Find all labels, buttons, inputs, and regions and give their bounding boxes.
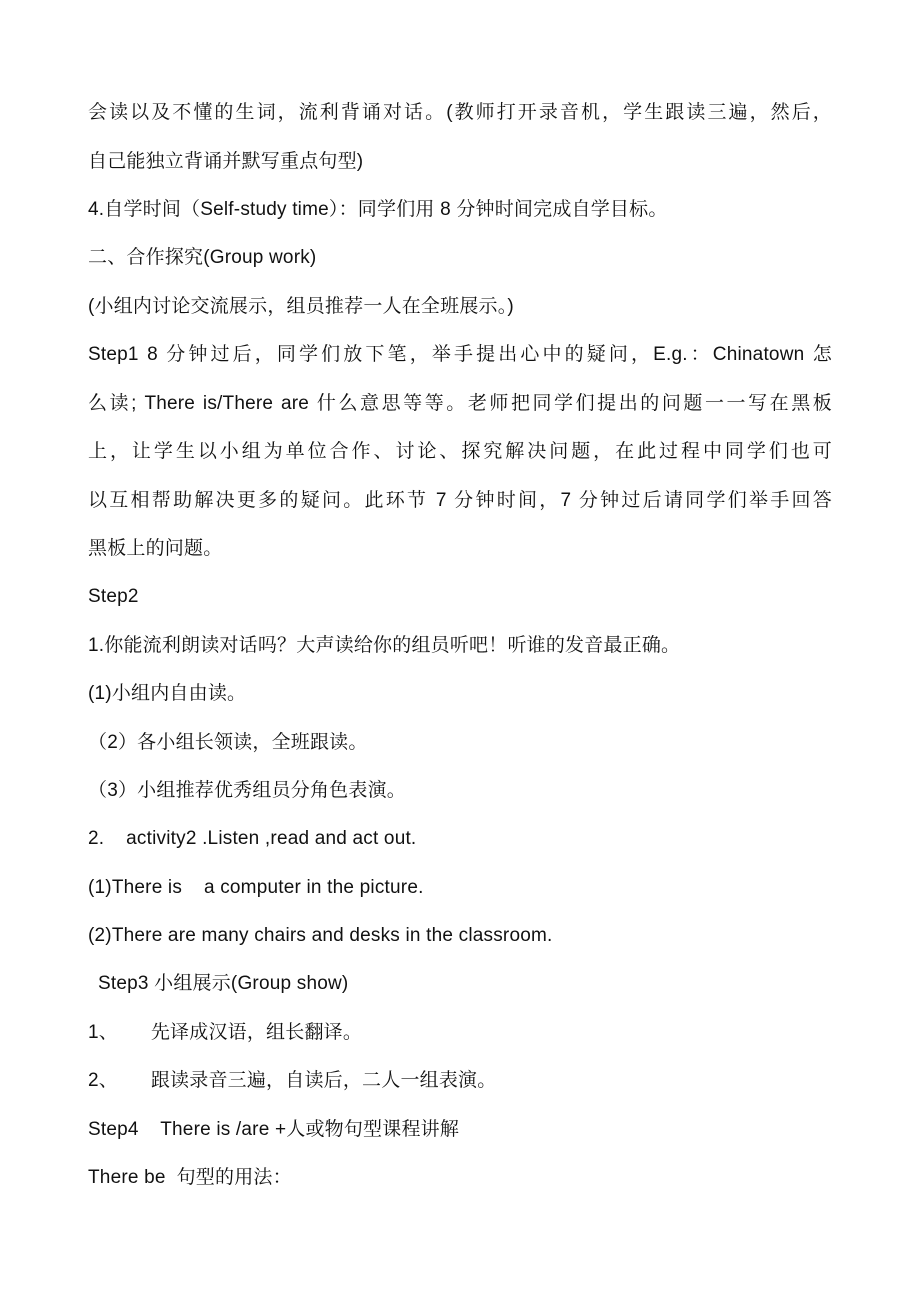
paragraph-line-1: 会读以及不懂的生词，流利背诵对话。(教师打开录音机，学生跟读三遍，然后， — [88, 101, 832, 125]
self-study-time-item: 4.自学时间（Self-study time）：同学们用 8 分钟时间完成自学目… — [88, 198, 668, 222]
step1-line-1: Step1 8 分钟过后，同学们放下笔，举手提出心中的疑问，E.g.：China… — [88, 343, 832, 367]
step2-item-2: 2. activity2 .Listen ,read and act out. — [88, 827, 416, 851]
example-sentence-1: (1)There is a computer in the picture. — [88, 876, 424, 900]
document-page: 会读以及不懂的生词，流利背诵对话。(教师打开录音机，学生跟读三遍，然后， 自己能… — [0, 0, 920, 1302]
step2-subitem-3: （3）小组推荐优秀组员分角色表演。 — [88, 779, 406, 803]
step4-heading: Step4 There is /are +人或物句型课程讲解 — [88, 1118, 459, 1142]
step1-line-5: 黑板上的问题。 — [88, 537, 222, 561]
step2-subitem-1: (1)小组内自由读。 — [88, 682, 246, 706]
step1-line-2: 么读; There is/There are 什么意思等等。老师把同学们提出的问… — [88, 392, 832, 416]
step2-subitem-2: （2）各小组长领读，全班跟读。 — [88, 731, 368, 755]
step2-heading: Step2 — [88, 585, 139, 609]
example-sentence-2: (2)There are many chairs and desks in th… — [88, 924, 552, 948]
paragraph-line-2: 自己能独立背诵并默写重点句型) — [88, 150, 363, 174]
step3-item-2: 2、 跟读录音三遍，自读后，二人一组表演。 — [88, 1069, 496, 1093]
group-work-note: (小组内讨论交流展示，组员推荐一人在全班展示。) — [88, 295, 514, 319]
step3-item-1: 1、 先译成汉语，组长翻译。 — [88, 1021, 362, 1045]
there-be-usage-heading: There be 句型的用法： — [88, 1166, 292, 1190]
step3-heading: Step3 小组展示(Group show) — [98, 972, 348, 996]
step1-line-3: 上，让学生以小组为单位合作、讨论、探究解决问题，在此过程中同学们也可 — [88, 440, 832, 464]
section-heading-group-work: 二、合作探究(Group work) — [88, 246, 316, 270]
step1-line-4: 以互相帮助解决更多的疑问。此环节 7 分钟时间，7 分钟过后请同学们举手回答 — [88, 489, 832, 513]
step2-item-1: 1.你能流利朗读对话吗？大声读给你的组员听吧！听谁的发音最正确。 — [88, 634, 680, 658]
